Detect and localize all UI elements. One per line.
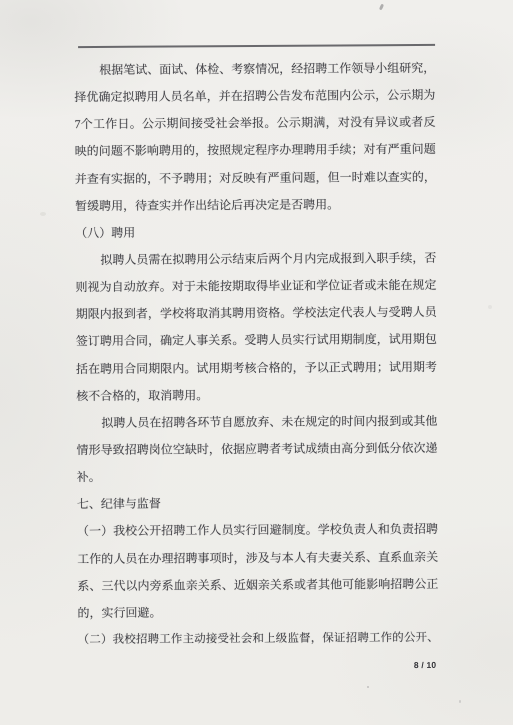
text-line: 暂缓聘用，待查实并作出结论后再决定是否聘用。 xyxy=(75,191,436,220)
text-line: （二）我校招聘工作主动接受社会和上级监督，保证招聘工作的公开、 xyxy=(78,625,439,654)
text-line: 拟聘人员需在拟聘用公示结束后两个月内完成报到入职手续，否 xyxy=(75,245,436,274)
text-line: 期限内报到者，学校将取消其聘用资格。学校法定代表人与受聘人员 xyxy=(76,299,437,328)
page-number: 8 / 10 xyxy=(414,660,444,670)
text-line: 择优确定拟聘用人员名单，并在招聘公告发布范围内公示，公示期为 xyxy=(74,82,435,111)
text-line: 的，实行回避。 xyxy=(77,598,438,627)
scan-content: 根据笔试、面试、体检、考察情况，经招聘工作领导小组研究，择优确定拟聘用人员名单，… xyxy=(0,0,513,725)
text-line: 7个工作日。公示期间接受社会举报。公示期满，对没有异议或者反 xyxy=(74,109,435,138)
header-divider-rule xyxy=(78,44,435,48)
text-line: 并查有实据的，不予聘用；对反映有严重问题，但一时难以查实的， xyxy=(75,163,436,192)
text-line: （一）我校公开招聘工作人员实行回避制度。学校负责人和负责招聘 xyxy=(77,516,438,545)
text-line: 则视为自动放弃。对于未能按期取得毕业证和学位证者或未能在规定 xyxy=(75,272,436,301)
heading-line: 七、纪律与监督 xyxy=(77,489,438,518)
text-line: 括在聘用合同期限内。试用期考核合格的，予以正式聘用；试用期考 xyxy=(76,353,437,382)
scanned-document-page: 根据笔试、面试、体检、考察情况，经招聘工作领导小组研究，择优确定拟聘用人员名单，… xyxy=(0,0,513,725)
text-line: 情形导致招聘岗位空缺时，依据应聘者考试成绩由高分到低分依次递 xyxy=(76,435,437,464)
text-line: 工作的人员在办理招聘事项时，涉及与本人有夫妻关系、直系血亲关 xyxy=(77,543,438,572)
text-line: 签订聘用合同，确定人事关系。受聘人员实行试用期制度，试用期包 xyxy=(76,326,437,355)
text-line: 补。 xyxy=(77,462,438,491)
text-line: 系、三代以内旁系血亲关系、近姻亲关系或者其他可能影响招聘公正 xyxy=(77,571,438,600)
heading-line: （八）聘用 xyxy=(75,218,436,247)
text-line: 根据笔试、面试、体检、考察情况，经招聘工作领导小组研究， xyxy=(74,55,435,84)
text-line: 拟聘人员在招聘各环节自愿放弃、未在规定的时间内报到或其他 xyxy=(76,408,437,437)
text-line: 核不合格的，取消聘用。 xyxy=(76,381,437,410)
document-lines: 根据笔试、面试、体检、考察情况，经招聘工作领导小组研究，择优确定拟聘用人员名单，… xyxy=(74,55,439,654)
text-line: 映的问题不影响聘用的，按照规定程序办理聘用手续；对有严重问题 xyxy=(75,136,436,165)
